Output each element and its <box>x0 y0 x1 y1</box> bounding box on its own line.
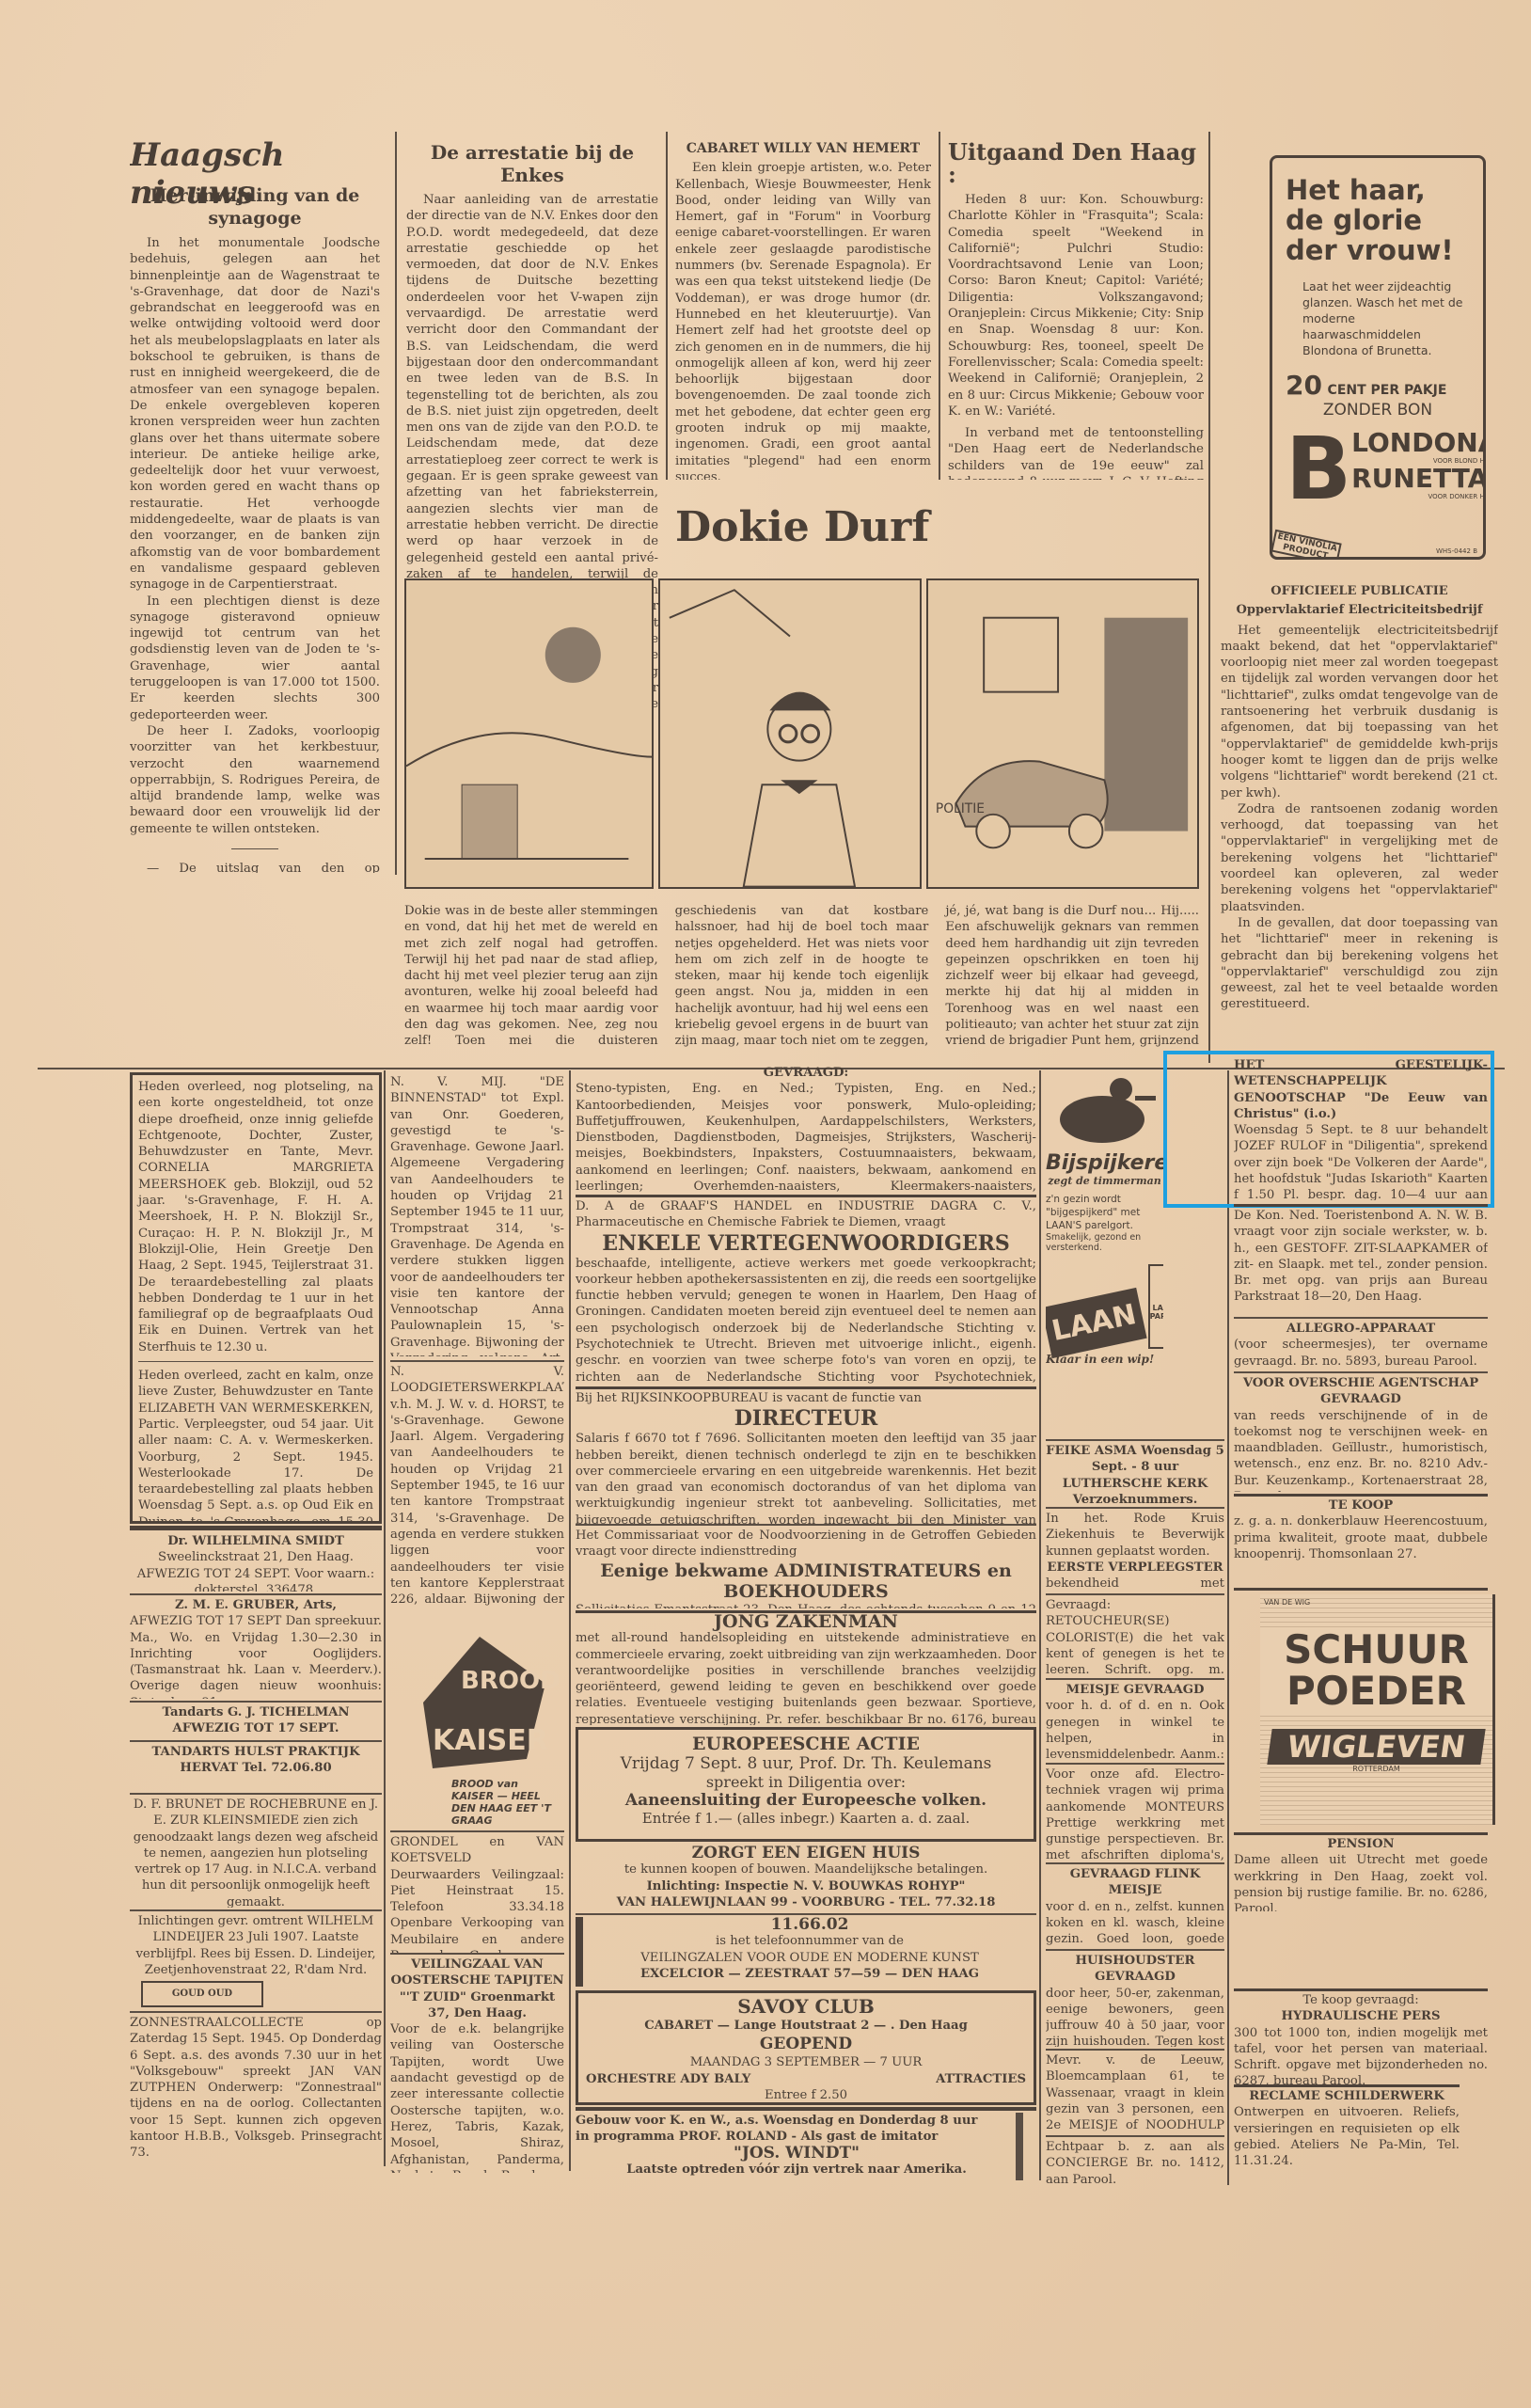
notice-gruber: Z. M. E. GRUBER, Arts, AFWEZIG TOT 17 SE… <box>130 1597 382 1699</box>
divider <box>1234 1988 1488 1991</box>
ad-text: Entrée f 1.— (alles inbegr.) Kaarten a. … <box>586 1810 1026 1827</box>
ad-code: WHS-0442 B <box>1436 547 1477 555</box>
article-body: — De uitslag van den op Koninginnedag ge… <box>130 861 380 873</box>
notice-binnenstad: N. V. MIJ. "DE BINNENSTAD" tot Expl. van… <box>390 1074 564 1356</box>
comic-panel-1 <box>404 578 654 889</box>
ad-brand-blondona: LONDONA <box>1351 429 1486 457</box>
notice-text: 300 tot 1000 ton, indien mogelijk met ta… <box>1234 2025 1488 2086</box>
ad-brand: WIGLEVEN <box>1267 1729 1485 1765</box>
notice-te-koop: TE KOOP z. g. a. n. donkerblauw Heerenco… <box>1234 1497 1488 1576</box>
column-rule <box>384 1070 386 2166</box>
divider <box>1046 1862 1224 1864</box>
article-synagoge: Her-inwijding van de synagoge In het mon… <box>130 184 380 873</box>
divider <box>576 1913 1036 1915</box>
svg-text:KAISER: KAISER <box>433 1724 548 1757</box>
ad-text: Inlichting: Inspectie N. V. BOUWKAS ROHY… <box>576 1878 1036 1894</box>
highlight-box <box>1163 1051 1494 1208</box>
notice-text: N. V. MIJ. "DE BINNENSTAD" tot Expl. van… <box>390 1074 564 1356</box>
article-cabaret: CABARET WILLY VAN HEMERT Een klein groep… <box>675 141 931 480</box>
printer-logo: GOUD OUD DRUKKER <box>141 1981 263 2007</box>
notice-feike-asma: FEIKE ASMA Woensdag 5 Sept. - 8 uur LUTH… <box>1046 1443 1224 1505</box>
article-body: Een klein groepje artisten, w.o. Peter K… <box>675 160 931 480</box>
column-rule <box>1039 1070 1041 2180</box>
article-body: In het monumentale Joodsche bedehuis, ge… <box>130 235 380 594</box>
column-rule <box>939 132 940 480</box>
divider <box>1046 1949 1224 1951</box>
publication-body: Het gemeentelijk electriciteitsbedrijf m… <box>1221 623 1498 801</box>
notice-heading: VOOR OVERSCHIE AGENTSCHAP GEVRAAGD <box>1234 1375 1488 1408</box>
divider <box>390 1953 564 1955</box>
ad-brands: B LONDONA VOOR BLOND HAAR RUNETTA VOOR D… <box>1286 429 1470 510</box>
job-text: Sollicitaties Emantsstraat 23, Den Haag,… <box>576 1602 1036 1608</box>
article-headline: De arrestatie bij de Enkes <box>406 141 658 186</box>
ad-body: Laat het weer zijdeachtig glanzen. Wasch… <box>1302 278 1470 358</box>
column-rule <box>1227 1070 1229 2185</box>
notice-veiling: VEILINGZAAL VAN OOSTERSCHE TAPIJTEN "'T … <box>390 1956 564 2173</box>
ad-text: is het telefoonnummer van de <box>583 1933 1036 1949</box>
ad-price: Entree f 2.50 <box>586 2087 1026 2103</box>
ad-heading: SAVOY CLUB <box>586 1995 1026 2018</box>
ad-brand-sub: VOOR DONKER HAAR <box>1351 493 1486 500</box>
job-heading: HUISHOUDSTER GEVRAAGD <box>1046 1953 1224 1986</box>
column-rule <box>1208 132 1210 1063</box>
ad-text: VAN HALEWIJNLAAN 99 - VOORBURG - TEL. 77… <box>576 1894 1036 1910</box>
notice-agentschap: VOOR OVERSCHIE AGENTSCHAP GEVRAAGD van r… <box>1234 1375 1488 1492</box>
divider <box>390 1830 564 1832</box>
ad-eigen-huis: ZORGT EEN EIGEN HUIS te kunnen koopen of… <box>576 1846 1036 1911</box>
divider <box>1234 1588 1488 1591</box>
job-text: Mevr. v. de Leeuw, Bloemcamplaan 61, te … <box>1046 2052 1224 2133</box>
notice-text: Dame alleen uit Utrecht met goede werkkr… <box>1234 1852 1488 1911</box>
job-text: voor h. d. of d. en n. Ook genegen in wi… <box>1046 1698 1224 1761</box>
article-headline: Uitgaand Den Haag : <box>948 141 1204 186</box>
job-text: door heer, 50-er, zakenman, eenige bewon… <box>1046 1986 1224 2047</box>
notice-text: van reeds verschijnende of in de toekoms… <box>1234 1408 1488 1492</box>
ad-headline: POEDER <box>1260 1671 1492 1712</box>
ad-text: MAANDAG 3 SEPTEMBER — 7 UUR <box>586 2054 1026 2070</box>
job-text: voor d. en n., zelfst. kunnen koken en k… <box>1046 1899 1224 1947</box>
ad-text: CABARET — Lange Houtstraat 2 — . Den Haa… <box>586 2018 1026 2034</box>
notice-text: N. V. LOODGIETERSWERKPLAATSEN v.h. M. J.… <box>390 1364 564 1608</box>
job-gevraagd: GEVRAAGD: Steno-typisten, Eng. en Ned.; … <box>576 1065 1036 1196</box>
job-text: Gevraagd: RETOUCHEUR(SE) COLORIST(E) die… <box>1046 1597 1224 1676</box>
ad-text: Laatste optreden vóór zijn vertrek naar … <box>576 2162 1018 2178</box>
ad-heading: ZORGT EEN EIGEN HUIS <box>576 1846 1036 1861</box>
ad-tagline: Smakelijk, gezond en versterkend. <box>1046 1232 1163 1253</box>
product-bag-icon: LAAN'S PARELGORT <box>1148 1264 1163 1349</box>
ad-headline: Bijspijkeren <box>1046 1151 1163 1175</box>
notice-grondel: GRONDEL en VAN KOETSVELD Deurwaarders Ve… <box>390 1834 564 1953</box>
comic-caption: Dokie was in de beste aller stemmingen e… <box>404 903 1199 1063</box>
job-heading: GEVRAAGD: <box>576 1065 1036 1081</box>
divider <box>1234 1494 1488 1497</box>
ad-text: Vrijdag 7 Sept. 8 uur, Prof. Dr. Th. Keu… <box>586 1754 1026 1773</box>
svg-text:BROOD: BROOD <box>461 1667 560 1695</box>
job-leeuw: Mevr. v. de Leeuw, Bloemcamplaan 61, te … <box>1046 2052 1224 2133</box>
comic-title: Dokie Durf <box>675 503 939 569</box>
notice-collecte: ZONNESTRAALCOLLECTE op Zaterdag 15 Sept.… <box>130 2015 382 2165</box>
ad-slogan: BROOD van KAISER — HEEL DEN HAAG EET 'T … <box>451 1778 555 1825</box>
ad-text: te kunnen koopen of bouwen. Maandelijksc… <box>576 1861 1036 1877</box>
ad-text: ATTRACTIES <box>936 2071 1026 2087</box>
notice-text: z. g. a. n. donkerblauw Heerencostuum, p… <box>1234 1513 1488 1562</box>
notice-text: (voor scheermesjes), ter overname gevraa… <box>1234 1337 1488 1370</box>
notice-brunet: D. F. BRUNET DE ROCHEBRUNE en J. E. ZUR … <box>130 1797 382 1908</box>
divider <box>1234 1371 1488 1373</box>
ad-no-coupon: ZONDER BON <box>1286 401 1470 420</box>
obituary-text: Heden overleed, nog plotseling, na een k… <box>138 1079 373 1355</box>
notice-reclame-schilderwerk: RECLAME SCHILDERWERK Ontwerpen en uitvoe… <box>1234 2088 1460 2182</box>
ad-heading: GEOPEND <box>586 2034 1026 2054</box>
ad-laan-parelgort: Bijspijkeren zegt de timmerman z'n gezin… <box>1046 1072 1163 1430</box>
divider <box>1046 1593 1224 1595</box>
publication-body: In de gevallen, dat door toepassing van … <box>1221 915 1498 1013</box>
comic-car-icon: POLITIE <box>928 580 1197 887</box>
divider <box>130 1793 382 1795</box>
ad-text: Aaneensluiting der Europeesche volken. <box>586 1791 1026 1810</box>
job-heading: Eenige bekwame ADMINISTRATEURS en BOEKHO… <box>576 1560 1036 1602</box>
ad-brand-brunetta: RUNETTA <box>1351 465 1486 493</box>
ad-top-label: VAN DE WIG <box>1260 1594 1492 1610</box>
ad-text: met all-round handelsopleiding en uitste… <box>576 1630 1036 1725</box>
ad-price: 20 <box>1286 370 1322 401</box>
job-heading: EERSTE VERPLEEGSTER <box>1046 1560 1224 1576</box>
notice-allegro: ALLEGRO-APPARAAT (voor scheermesjes), te… <box>1234 1321 1488 1370</box>
divider <box>231 848 278 849</box>
ad-schuurpoeder: VAN DE WIG SCHUUR POEDER WIGLEVEN ROTTER… <box>1260 1594 1495 1825</box>
job-monteurs: Voor onze afd. Electro-techniek vragen w… <box>1046 1766 1224 1861</box>
comic-panel-3: POLITIE <box>926 578 1199 889</box>
divider <box>576 1524 1036 1526</box>
job-heading: GEVRAAGD FLINK MEISJE <box>1046 1866 1224 1899</box>
divider <box>1046 2049 1224 2051</box>
ad-savoy-club: SAVOY CLUB CABARET — Lange Houtstraat 2 … <box>576 1990 1036 2105</box>
column-rule <box>569 1070 571 2171</box>
notice-heading: PENSION <box>1234 1836 1488 1852</box>
job-text: Salaris f 6670 tot f 7696. Sollicitanten… <box>576 1431 1036 1524</box>
notice-text: Voor de e.k. belangrijke veiling van Oos… <box>390 2021 564 2173</box>
ad-brand-initial: B <box>1286 429 1351 510</box>
notice-tichelman: Tandarts G. J. TICHELMAN AFWEZIG TOT 17 … <box>130 1704 382 1738</box>
divider <box>130 1701 382 1703</box>
divider <box>130 1740 382 1742</box>
divider <box>1234 1204 1488 1207</box>
job-intro: Bij het RIJKSINKOOPBUREAU is vacant de f… <box>576 1390 1036 1406</box>
ad-heading: EUROPEESCHE ACTIE <box>586 1734 1026 1754</box>
divider <box>138 1361 373 1362</box>
divider <box>1234 1832 1488 1835</box>
article-body: Heden 8 uur: Kon. Schouwburg: Charlotte … <box>948 192 1204 420</box>
official-publication: OFFICIEELE PUBLICATIE Oppervlaktarief El… <box>1221 583 1498 1063</box>
divider <box>1046 1678 1224 1680</box>
job-heading: DIRECTEUR <box>576 1406 1036 1431</box>
article-body: In een plechtigen dienst is deze synagog… <box>130 594 380 723</box>
ad-price-label: CENT PER PAKJE <box>1328 383 1447 398</box>
ad-text: in programma PROF. ROLAND - Als gast de … <box>576 2129 1018 2145</box>
ad-headline: Het haar, de glorie der vrouw! <box>1286 175 1470 265</box>
notice-anwb: De Kon. Ned. Toeristenbond A. N. W. B. v… <box>1234 1208 1488 1315</box>
notice-lindeijer: Inlichtingen gevr. omtrent WILHELM LINDE… <box>130 1913 382 1979</box>
job-rijksinkoop: Bij het RIJKSINKOOPBUREAU is vacant de f… <box>576 1390 1036 1524</box>
job-intro: D. A de GRAAF'S HANDEL en INDUSTRIE DAGR… <box>576 1198 1036 1231</box>
comic-panel-2 <box>658 578 922 889</box>
ad-brood-kaiser: BROOD KAISER BROOD van KAISER — HEEL DEN… <box>395 1618 560 1825</box>
svg-text:POLITIE: POLITIE <box>936 801 985 816</box>
job-dagra: D. A de GRAAF'S HANDEL en INDUSTRIE DAGR… <box>576 1198 1036 1386</box>
job-text: bekendheid met operatiekamer, strekt tot… <box>1046 1576 1224 1590</box>
article-headline: CABARET WILLY VAN HEMERT <box>675 141 931 157</box>
notice-heading: HYDRAULISCHE PERS <box>1234 2008 1488 2024</box>
divider <box>1046 1507 1224 1509</box>
ad-brand-logo: LAAN <box>1046 1288 1146 1358</box>
carpenter-icon <box>1046 1072 1163 1148</box>
ad-heading: 11.66.02 <box>583 1917 1036 1933</box>
comic-character-icon <box>660 580 920 887</box>
divider <box>576 1195 1036 1197</box>
notice-loodgieters: N. V. LOODGIETERSWERKPLAATSEN v.h. M. J.… <box>390 1364 564 1608</box>
ad-sub: zegt de timmerman <box>1046 1175 1163 1187</box>
job-flink-meisje: GEVRAAGD FLINK MEISJE voor d. en n., zel… <box>1046 1866 1224 1947</box>
article-headline: Her-inwijding van de synagoge <box>130 184 380 230</box>
divider <box>1046 1763 1224 1765</box>
ad-text: spreekt in Diligentia over: <box>586 1773 1026 1791</box>
job-heading: ENKELE VERTEGENWOORDIGERS <box>576 1231 1036 1256</box>
ad-heading: "JOS. WINDT" <box>576 2146 1018 2162</box>
notice-heading: VEILINGZAAL VAN OOSTERSCHE TAPIJTEN "'T … <box>390 1956 564 2021</box>
notice-pension: PENSION Dame alleen uit Utrecht met goed… <box>1234 1836 1488 1911</box>
divider <box>1234 1317 1488 1319</box>
article-uitgaand: Uitgaand Den Haag : Heden 8 uur: Kon. Sc… <box>948 141 1204 480</box>
notice-text: Ontwerpen en uitvoeren. Reliefs, versier… <box>1234 2104 1460 2169</box>
divider <box>1046 2135 1224 2137</box>
divider <box>1234 2084 1460 2087</box>
article-note: In verband met de tentoonstelling "Den H… <box>948 425 1204 480</box>
column-rule <box>395 132 397 875</box>
decorative-bar <box>1016 2113 1023 2180</box>
job-verpleegster: In het. Rode Kruis Ziekenhuis te Beverwi… <box>1046 1511 1224 1590</box>
comic-caption-text: Dokie was in de beste aller stemmingen e… <box>404 903 1199 1063</box>
divider <box>576 2107 1036 2111</box>
divider <box>130 1909 382 1911</box>
job-heading: MEISJE GEVRAAGD <box>1046 1682 1224 1698</box>
ad-city: ROTTERDAM <box>1260 1765 1492 1773</box>
divider <box>576 1386 1036 1389</box>
comic-drawing-icon <box>406 580 652 887</box>
publication-body: Zodra de rantsoenen zodanig worden verho… <box>1221 801 1498 915</box>
ad-jong-zakenman: JONG ZAKENMAN met all-round handelsoplei… <box>576 1614 1036 1725</box>
job-concierge: Echtpaar b. z. aan als CONCIERGE Br. no.… <box>1046 2139 1224 2184</box>
notice-text: D. F. BRUNET DE ROCHEBRUNE en J. E. ZUR … <box>130 1797 382 1908</box>
notice-text: AFWEZIG TOT 17 SEPT Dan spreekuur. Ma., … <box>130 1613 382 1699</box>
notice-text: FEIKE ASMA Woensdag 5 Sept. - 8 uur LUTH… <box>1046 1443 1224 1505</box>
job-text: Echtpaar b. z. aan als CONCIERGE Br. no.… <box>1046 2139 1224 2184</box>
notice-heading: Dr. WILHELMINA SMIDT <box>130 1533 382 1549</box>
ad-headline: SCHUUR <box>1260 1629 1492 1671</box>
obituary-text: Heden overleed, zacht en kalm, onze liev… <box>138 1368 373 1524</box>
ad-body: z'n gezin wordt "bijgespijkerd" met LAAN… <box>1046 1193 1163 1232</box>
notice-text: De Kon. Ned. Toeristenbond A. N. W. B. v… <box>1234 1208 1488 1306</box>
job-text: Voor onze afd. Electro-techniek vragen w… <box>1046 1766 1224 1861</box>
column-rule <box>666 132 668 480</box>
job-huishoudster: HUISHOUDSTER GEVRAAGD door heer, 50-er, … <box>1046 1953 1224 2047</box>
job-intro: Het Commissariaat voor de Noodvoorzienin… <box>576 1528 1036 1560</box>
notice-heading: ALLEGRO-APPARAAT <box>1234 1321 1488 1337</box>
ad-text: ORCHESTRE ADY BALY <box>586 2071 750 2087</box>
job-meisje: MEISJE GEVRAAGD voor h. d. of d. en n. O… <box>1046 1682 1224 1761</box>
divider <box>130 2011 382 2013</box>
publication-headline: OFFICIEELE PUBLICATIE <box>1221 583 1498 599</box>
divider <box>390 1360 564 1362</box>
comic-title-text: Dokie Durf <box>675 503 939 551</box>
job-text: Steno-typisten, Eng. en Ned.; Typisten, … <box>576 1081 1036 1196</box>
ad-heading: JONG ZAKENMAN <box>576 1614 1036 1630</box>
notice-hydraulische-pers: Te koop gevraagd: HYDRAULISCHE PERS 300 … <box>1234 1992 1488 2086</box>
ad-jos-windt: Gebouw voor K. en W., a.s. Woensdag en D… <box>576 2113 1018 2182</box>
notice-heading: TE KOOP <box>1234 1497 1488 1513</box>
ad-europeesche-actie: EUROPEESCHE ACTIE Vrijdag 7 Sept. 8 uur,… <box>576 1727 1036 1842</box>
divider <box>130 1526 382 1530</box>
notice-text: Sweelinckstraat 21, Den Haag. AFWEZIG TO… <box>130 1549 382 1592</box>
job-text: beschaafde, intelligente, actieve werker… <box>576 1256 1036 1386</box>
notice-text: Inlichtingen gevr. omtrent WILHELM LINDE… <box>130 1913 382 1978</box>
obituary-meershoek: Heden overleed, nog plotseling, na een k… <box>130 1072 382 1524</box>
divider <box>1046 1439 1224 1441</box>
ad-veilingzalen: 11.66.02 is het telefoonnummer van de VE… <box>576 1917 1036 1987</box>
notice-intro: Te koop gevraagd: <box>1234 1992 1488 2008</box>
notice-text: GRONDEL en VAN KOETSVELD Deurwaarders Ve… <box>390 1834 564 1953</box>
notice-smidt: Dr. WILHELMINA SMIDT Sweelinckstraat 21,… <box>130 1533 382 1592</box>
job-commissariaat: Het Commissariaat voor de Noodvoorzienin… <box>576 1528 1036 1608</box>
job-retoucheur: Gevraagd: RETOUCHEUR(SE) COLORIST(E) die… <box>1046 1597 1224 1676</box>
divider <box>576 1610 1036 1613</box>
notice-heading: Z. M. E. GRUBER, Arts, <box>130 1597 382 1613</box>
job-text: In het. Rode Kruis Ziekenhuis te Beverwi… <box>1046 1511 1224 1560</box>
notice-hulst: TANDARTS HULST PRAKTIJK HERVAT Tel. 72.0… <box>130 1744 382 1791</box>
ad-text: EXCELCIOR — ZEESTRAAT 57—59 — DEN HAAG <box>583 1966 1036 1982</box>
publication-subhead: Oppervlaktarief Electriciteitsbedrijf <box>1221 602 1498 618</box>
divider <box>130 1593 382 1595</box>
ad-blondona: Het haar, de glorie der vrouw! Laat het … <box>1270 155 1486 560</box>
notice-text: ZONNESTRAALCOLLECTE op Zaterdag 15 Sept.… <box>130 2015 382 2162</box>
ad-stamp: EEN VINOLIA PRODUCT <box>1271 530 1341 560</box>
ad-text: VEILINGZALEN VOOR OUDE EN MODERNE KUNST <box>583 1950 1036 1966</box>
notice-heading: RECLAME SCHILDERWERK <box>1234 2088 1460 2104</box>
ad-text: Gebouw voor K. en W., a.s. Woensdag en D… <box>576 2113 1018 2129</box>
article-body: De heer I. Zadoks, voorloopig voorzitter… <box>130 723 380 837</box>
